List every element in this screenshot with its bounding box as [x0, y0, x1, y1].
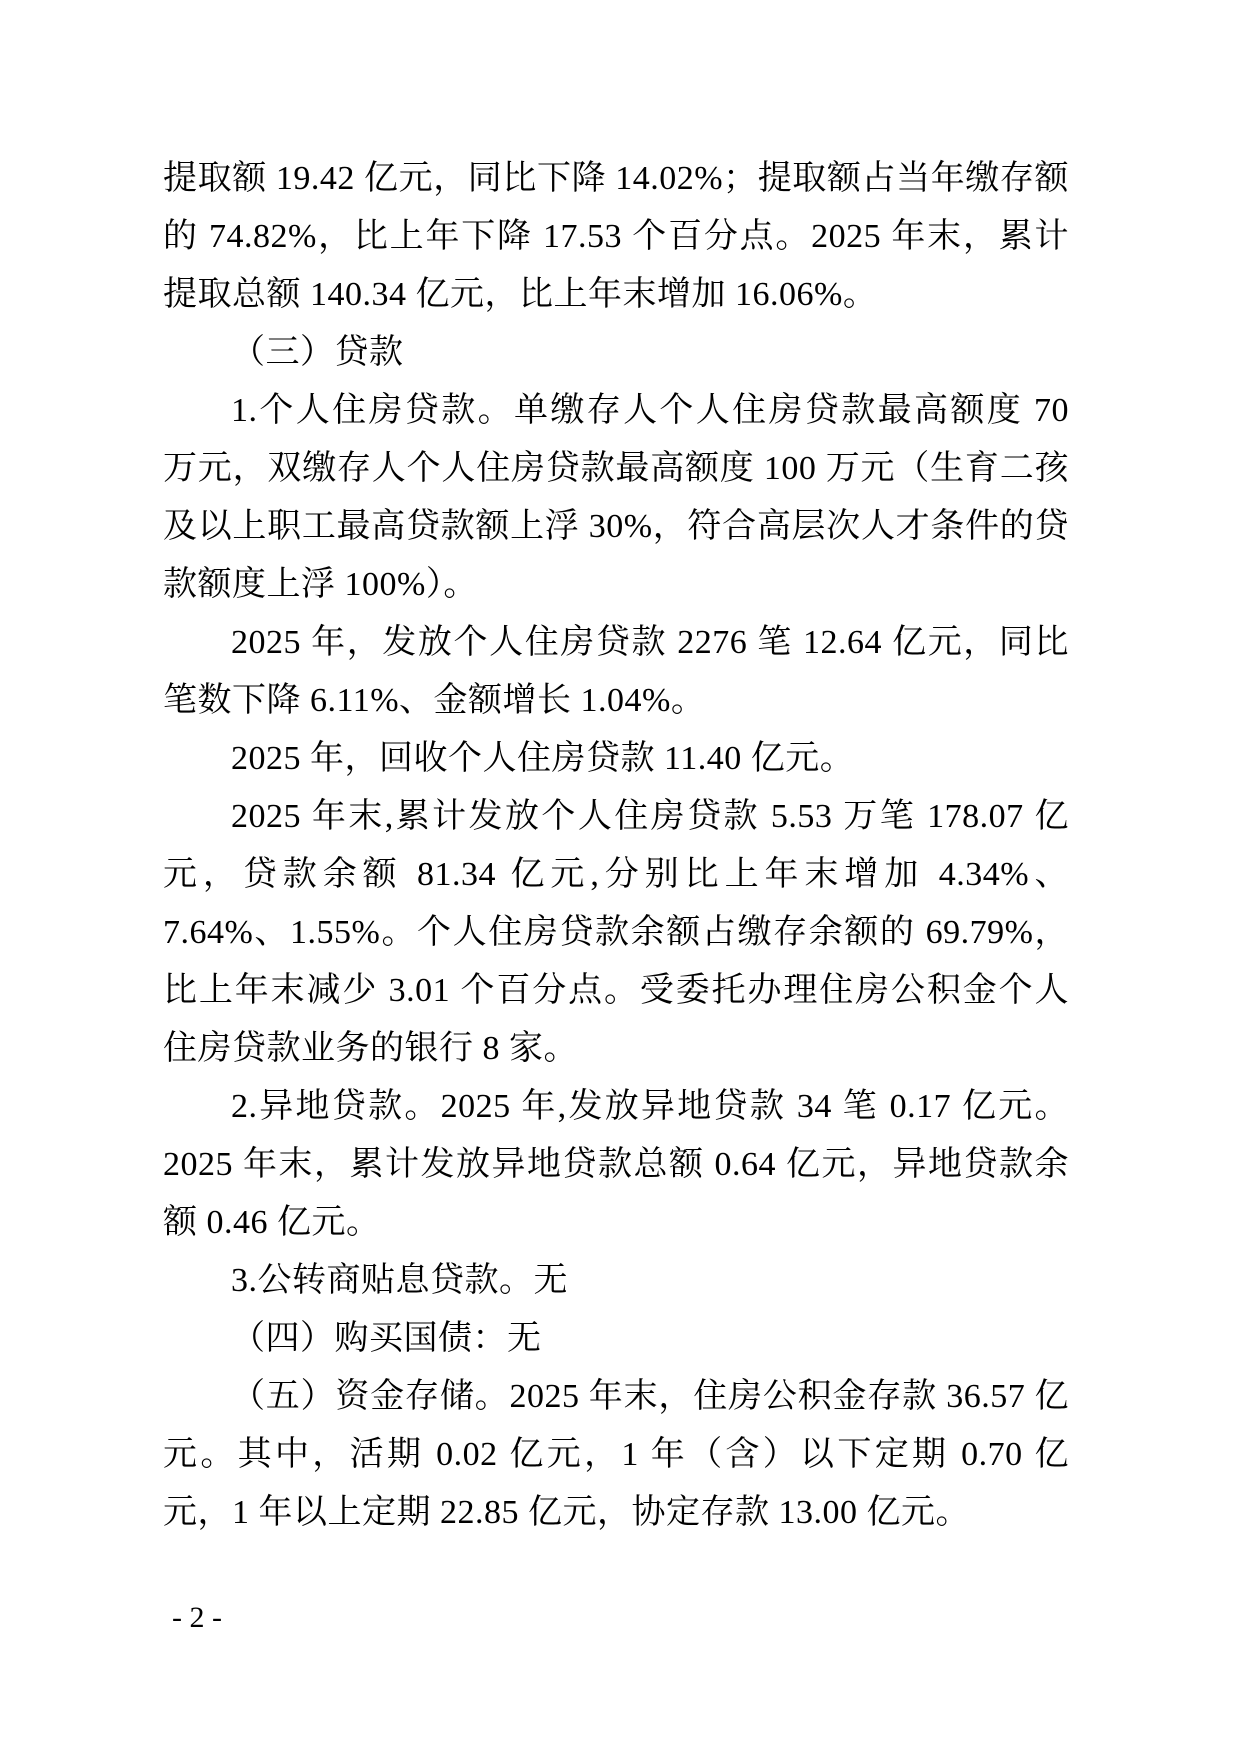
- heading-section-loans: （三）贷款: [163, 324, 1069, 382]
- paragraph-fund-deposits: （五）资金存储。2025 年末，住房公积金存款 36.57 亿元。其中，活期 0…: [163, 1368, 1069, 1542]
- paragraph-loan-recovery-2025: 2025 年，回收个人住房贷款 11.40 亿元。: [163, 730, 1069, 788]
- paragraph-personal-housing-loan-limits: 1.个人住房贷款。单缴存人个人住房贷款最高额度 70 万元，双缴存人个人住房贷款…: [163, 382, 1069, 614]
- document-body: 提取额 19.42 亿元，同比下降 14.02%；提取额占当年缴存额的 74.8…: [163, 150, 1069, 1542]
- heading-treasury-bonds: （四）购买国债：无: [163, 1310, 1069, 1368]
- paragraph-cumulative-loan-stats: 2025 年末,累计发放个人住房贷款 5.53 万笔 178.07 亿元，贷款余…: [163, 788, 1069, 1078]
- page-number: - 2 -: [172, 1598, 222, 1638]
- paragraph-loan-issuance-2025: 2025 年，发放个人住房贷款 2276 笔 12.64 亿元，同比笔数下降 6…: [163, 614, 1069, 730]
- paragraph-discount-loans: 3.公转商贴息贷款。无: [163, 1252, 1069, 1310]
- document-page: 提取额 19.42 亿元，同比下降 14.02%；提取额占当年缴存额的 74.8…: [0, 0, 1240, 1754]
- paragraph-withdrawal-summary: 提取额 19.42 亿元，同比下降 14.02%；提取额占当年缴存额的 74.8…: [163, 150, 1069, 324]
- paragraph-nonlocal-loans: 2.异地贷款。2025 年,发放异地贷款 34 笔 0.17 亿元。2025 年…: [163, 1078, 1069, 1252]
